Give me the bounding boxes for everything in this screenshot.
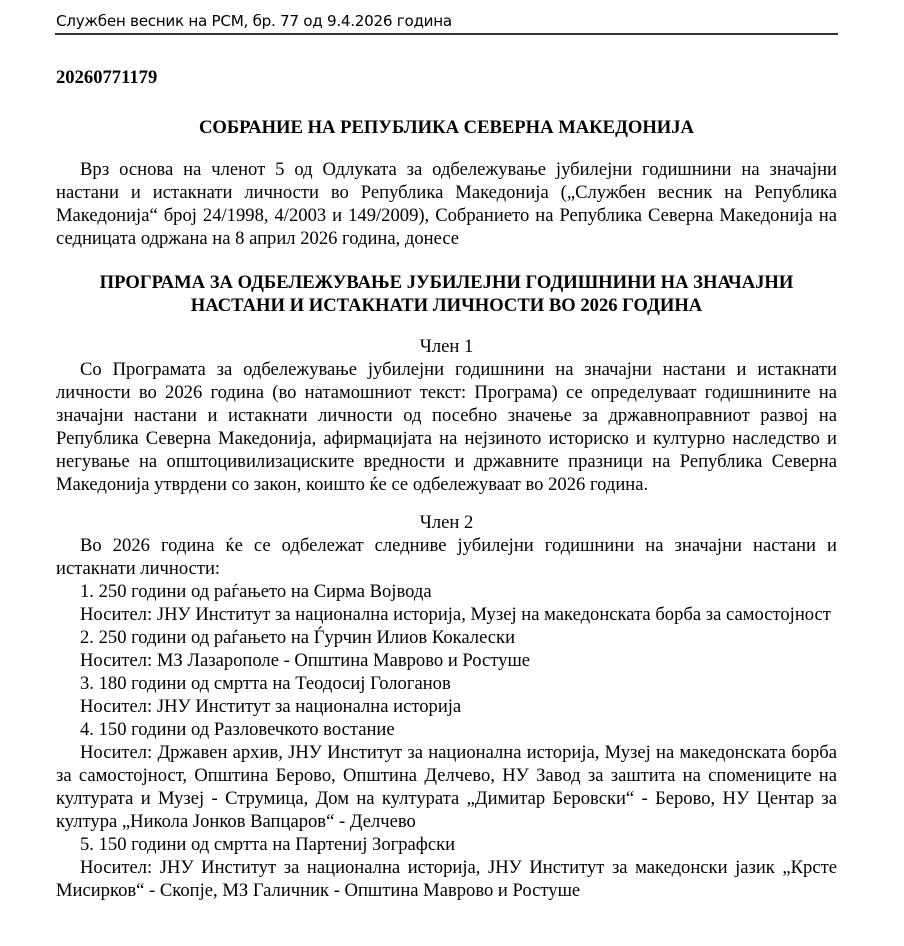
header-rule — [55, 33, 838, 35]
anniversary-carrier: Носител: Државен архив, ЈНУ Институт за … — [56, 741, 837, 833]
preamble: Врз основа на членот 5 од Одлуката за од… — [56, 158, 837, 250]
document-body: 20260771179 СОБРАНИЕ НА РЕПУБЛИКА СЕВЕРН… — [56, 66, 837, 902]
list-item: 2. 250 години од раѓањето на Ѓурчин Илио… — [56, 626, 837, 672]
anniversary-carrier: Носител: МЗ Лазарополе - Општина Маврово… — [56, 649, 837, 672]
running-header: Службен весник на РСМ, бр. 77 од 9.4.202… — [56, 11, 838, 31]
anniversary-title: 5. 150 години од смртта на Партениј Зогр… — [56, 833, 837, 856]
issuer-heading: СОБРАНИЕ НА РЕПУБЛИКА СЕВЕРНА МАКЕДОНИЈА — [56, 116, 837, 139]
anniversary-carrier: Носител: ЈНУ Институт за национална исто… — [56, 603, 837, 626]
program-title-line-2: НАСТАНИ И ИСТАКНАТИ ЛИЧНОСТИ ВО 2026 ГОД… — [56, 294, 837, 317]
article-2-heading: Член 2 — [56, 511, 837, 534]
anniversary-carrier: Носител: ЈНУ Институт за национална исто… — [56, 695, 837, 718]
program-title-line-1: ПРОГРАМА ЗА ОДБЕЛЕЖУВАЊЕ ЈУБИЛЕЈНИ ГОДИШ… — [56, 271, 837, 294]
document-page: Службен весник на РСМ, бр. 77 од 9.4.202… — [0, 0, 904, 946]
anniversary-carrier: Носител: ЈНУ Институт за национална исто… — [56, 856, 837, 902]
document-number: 20260771179 — [56, 66, 837, 89]
program-title: ПРОГРАМА ЗА ОДБЕЛЕЖУВАЊЕ ЈУБИЛЕЈНИ ГОДИШ… — [56, 271, 837, 317]
list-item: 1. 250 години од раѓањето на Сирма Војво… — [56, 580, 837, 626]
anniversary-list: 1. 250 години од раѓањето на Сирма Војво… — [56, 580, 837, 902]
list-item: 5. 150 години од смртта на Партениј Зогр… — [56, 833, 837, 902]
anniversary-title: 2. 250 години од раѓањето на Ѓурчин Илио… — [56, 626, 837, 649]
list-item: 4. 150 години од Разловечкото востание Н… — [56, 718, 837, 833]
list-item: 3. 180 години од смртта на Теодосиј Голо… — [56, 672, 837, 718]
anniversary-title: 3. 180 години од смртта на Теодосиј Голо… — [56, 672, 837, 695]
anniversary-title: 4. 150 години од Разловечкото востание — [56, 718, 837, 741]
article-1-text: Со Програмата за одбележување јубилејни … — [56, 358, 837, 496]
article-2-intro: Во 2026 година ќе се одбележат следниве … — [56, 534, 837, 580]
anniversary-title: 1. 250 години од раѓањето на Сирма Војво… — [56, 580, 837, 603]
article-1-heading: Член 1 — [56, 335, 837, 358]
